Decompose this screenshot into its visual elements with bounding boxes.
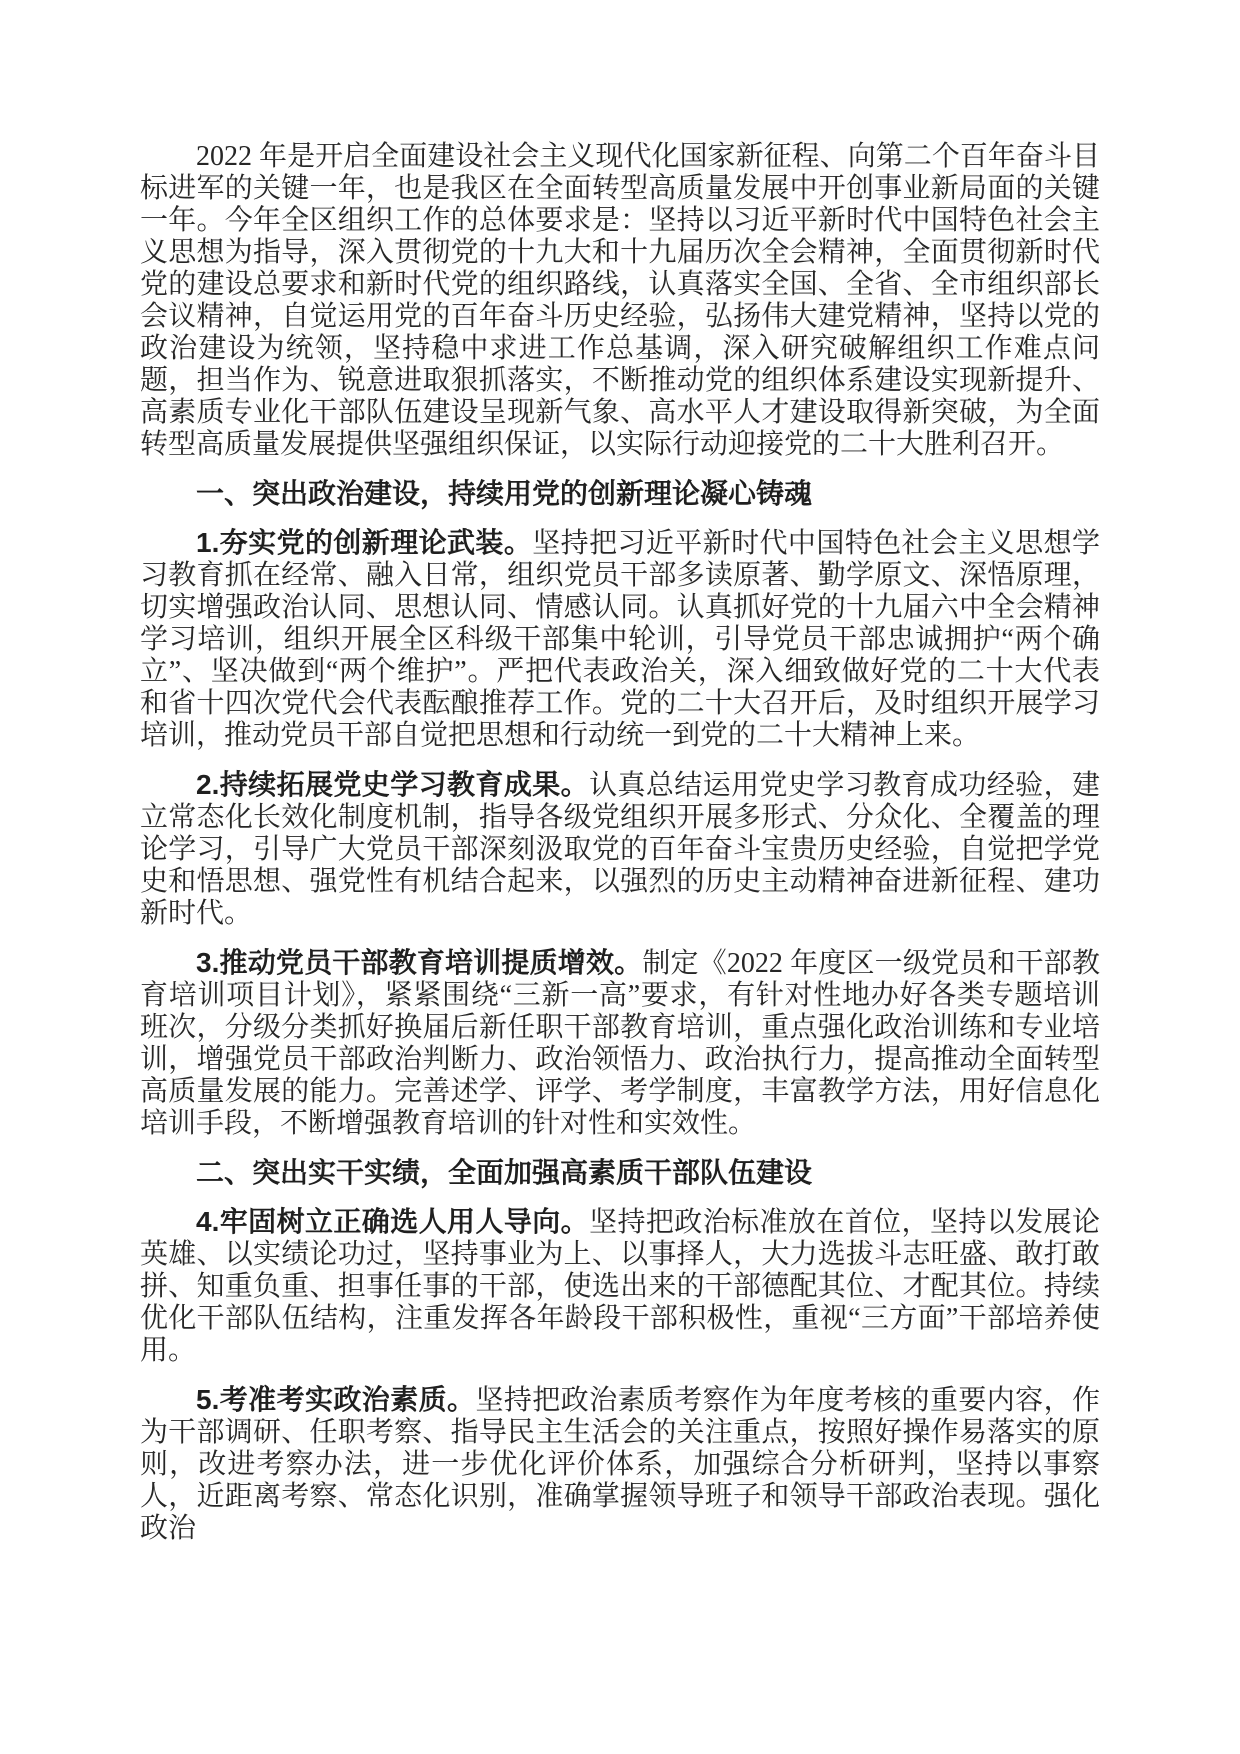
paragraph-1-body: 坚持把习近平新时代中国特色社会主义思想学习教育抓在经常、融入日常，组织党员干部多… [140, 528, 1100, 751]
paragraph-1-lead: 1.夯实党的创新理论武装。 [196, 527, 532, 558]
numbered-paragraph-1: 1.夯实党的创新理论武装。坚持把习近平新时代中国特色社会主义思想学习教育抓在经常… [140, 527, 1100, 752]
numbered-paragraph-4: 4.牢固树立正确选人用人导向。坚持把政治标准放在首位，坚持以发展论英雄、以实绩论… [140, 1206, 1100, 1367]
numbered-paragraph-2: 2.持续拓展党史学习教育成果。认真总结运用党史学习教育成功经验，建立常态化长效化… [140, 769, 1100, 930]
paragraph-2-lead: 2.持续拓展党史学习教育成果。 [196, 769, 589, 800]
paragraph-4-lead: 4.牢固树立正确选人用人导向。 [196, 1206, 589, 1237]
paragraph-3-lead: 3.推动党员干部教育培训提质增效。 [196, 947, 642, 978]
document-page: 2022 年是开启全面建设社会主义现代化国家新征程、向第二个百年奋斗目标进军的关… [0, 0, 1240, 1754]
section-heading-1: 一、突出政治建设，持续用党的创新理论凝心铸魂 [140, 478, 1100, 510]
intro-paragraph: 2022 年是开启全面建设社会主义现代化国家新征程、向第二个百年奋斗目标进军的关… [140, 141, 1100, 461]
numbered-paragraph-3: 3.推动党员干部教育培训提质增效。制定《2022 年度区一级党员和干部教育培训项… [140, 947, 1100, 1140]
paragraph-5-lead: 5.考准考实政治素质。 [196, 1384, 475, 1415]
section-heading-2: 二、突出实干实绩，全面加强高素质干部队伍建设 [140, 1157, 1100, 1189]
numbered-paragraph-5: 5.考准考实政治素质。坚持把政治素质考察作为年度考核的重要内容，作为干部调研、任… [140, 1384, 1100, 1545]
